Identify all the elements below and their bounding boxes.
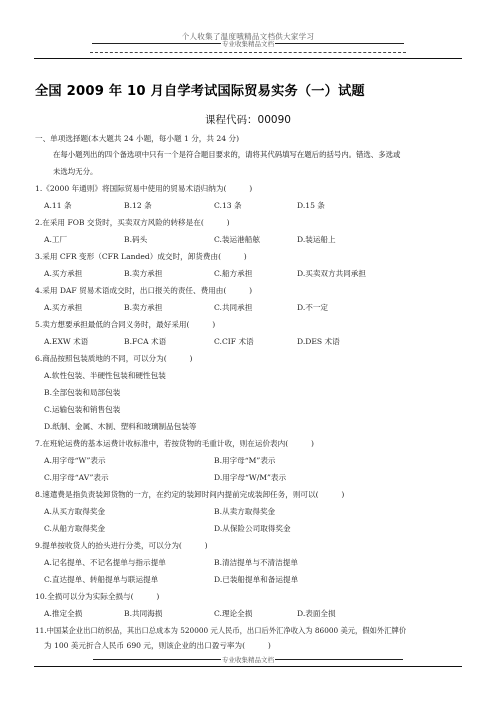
option-b: B.12 条 (124, 201, 152, 211)
option-c: C.装运港船舷 (214, 235, 260, 245)
option-d: D.用字母“W/M”表示 (214, 473, 286, 483)
option-c: C.CIF 术语 (214, 337, 254, 347)
option-c: C.船方承担 (214, 269, 252, 279)
divider (92, 43, 221, 44)
option-c: C.13 条 (214, 201, 242, 211)
question-7: 7.在班轮运费的基本运费计收标准中，若按货物的毛重计收，则在运价表内( ) (35, 439, 314, 449)
option-b: B.清洁提单与不清洁提单 (214, 558, 298, 568)
option-c: C.直达提单、转船提单与联运提单 (44, 575, 158, 585)
option-b: B.卖方承担 (124, 303, 162, 313)
option-c: C.共同承担 (214, 303, 252, 313)
option-a: A.用字母“W”表示 (44, 456, 106, 466)
divider (275, 43, 404, 44)
option-d: D.DES 术语 (297, 337, 340, 347)
option-a: A.11 条 (44, 201, 72, 211)
question-10: 10.全损可以分为实际全损与( ) (35, 592, 159, 602)
question-2: 2.在采用 FOB 交货时，买卖双方风险的转移是在( ) (35, 218, 230, 228)
question-11: 11.中国某企业出口纺织品，其出口总成本为 520000 元人民币，出口后外汇净… (35, 626, 406, 636)
option-b: B.卖方承担 (124, 269, 162, 279)
section-heading: 一、单项选择题(本大题共 24 小题，每小题 1 分，共 24 分) (35, 134, 239, 144)
divider (90, 52, 406, 53)
header-dashed-line (90, 47, 406, 57)
option-a: A.从买方取得奖金 (44, 507, 105, 517)
option-d: D.15 条 (297, 201, 325, 211)
option-d: D.纸制、金属、木制、塑料和玻璃制品包装等 (44, 422, 197, 432)
option-b: B.共同海损 (124, 609, 162, 619)
instructions-line-1: 在每小题列出的四个备选项中只有一个是符合题目要求的，请将其代码填写在题后的括号内… (53, 150, 400, 160)
header-rule (34, 58, 462, 59)
option-d: D.从保险公司取得奖金 (214, 524, 291, 534)
option-b: B.码头 (124, 235, 147, 245)
footer-banner: 专业收集精品文档 (93, 654, 403, 664)
page-title: 全国 2009 年 10 月自学考试国际贸易实务（一）试题 (35, 80, 365, 99)
question-5: 5.卖方想要承担最低的合同义务时，最好采用( ) (35, 320, 215, 330)
option-c: C.运输包装和销售包装 (44, 405, 120, 415)
option-d: D.买卖双方共同承担 (297, 269, 366, 279)
option-a: A.记名提单、不记名提单与指示提单 (44, 558, 166, 568)
option-a: A.EXW 术语 (44, 337, 88, 347)
option-c: C.从船方取得奖金 (44, 524, 105, 534)
question-9: 9.提单按收货人的抬头进行分类，可以分为( ) (35, 541, 208, 551)
instructions-line-2: 未选均无分。 (53, 167, 97, 177)
option-a: A.推定全损 (44, 609, 82, 619)
option-d: D.不一定 (297, 303, 328, 313)
option-c: C.用字母“AV”表示 (44, 473, 109, 483)
divider (275, 659, 403, 660)
question-6: 6.商品按照包装质地的不同，可以分为( ) (35, 354, 192, 364)
question-1: 1.《2000 年通则》将国际贸易中使用的贸易术语归纳为( ) (35, 184, 252, 194)
option-a: A.买方承担 (44, 269, 82, 279)
course-code: 课程代码：00090 (0, 112, 496, 127)
option-b: B.全部包装和局部包装 (44, 388, 120, 398)
divider (93, 659, 221, 660)
option-a: A.软性包装、半硬性包装和硬性包装 (44, 371, 166, 381)
option-b: B.用字母“M”表示 (214, 456, 276, 466)
option-a: A.买方承担 (44, 303, 82, 313)
question-11-continued: 为 100 美元折合人民币 690 元，则该企业的出口盈亏率为( ) (44, 641, 271, 651)
option-c: C.理论全损 (214, 609, 252, 619)
footer-rule (34, 666, 462, 667)
option-d: D.表面全损 (297, 609, 336, 619)
option-a: A.工厂 (44, 235, 67, 245)
option-b: B.FCA 术语 (124, 337, 166, 347)
option-b: B.从卖方取得奖金 (214, 507, 275, 517)
question-4: 4.采用 DAF 贸易术语成交时，出口报关的责任、费用由( ) (35, 286, 252, 296)
question-3: 3.采用 CFR 变形（CFR Landed）成交时，卸货费由( ) (35, 252, 247, 262)
option-d: D.装运船上 (297, 235, 336, 245)
question-8: 8.速遣费是指负责装卸货物的一方，在约定的装卸时间内提前完成装卸任务，则可以( … (35, 490, 344, 500)
footer-banner-text: 专业收集精品文档 (221, 655, 275, 664)
option-d: D.已装船提单和备运提单 (214, 575, 298, 585)
